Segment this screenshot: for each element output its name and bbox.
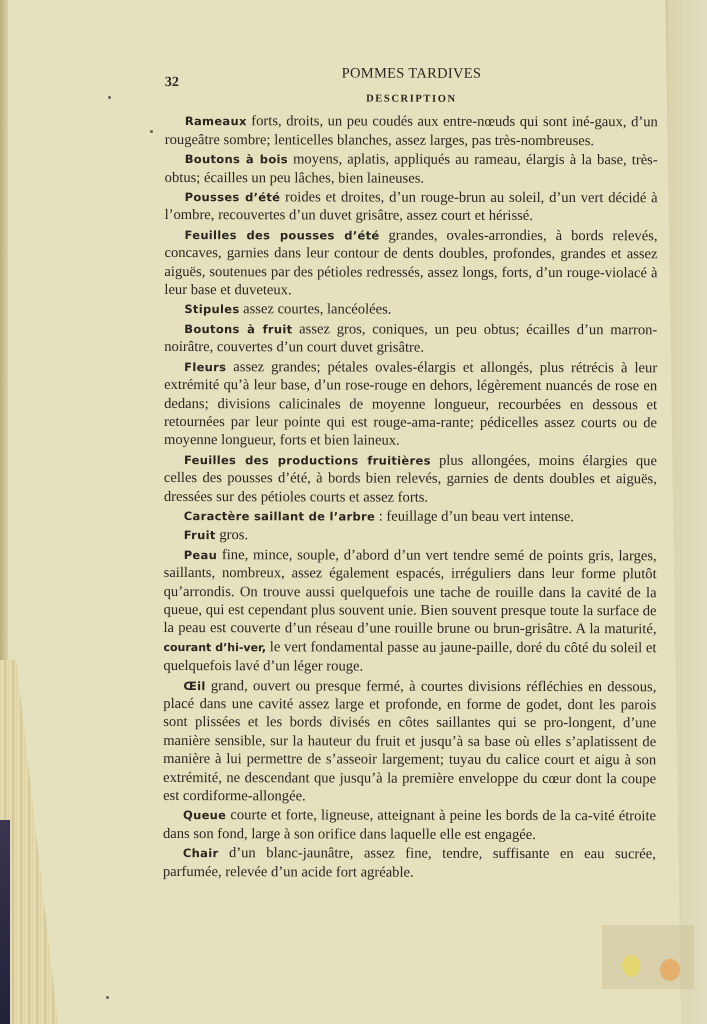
- paragraph-rameaux: Rameaux forts, droits, un peu coudés aux…: [165, 112, 658, 150]
- term: Feuilles des productions fruitières: [184, 453, 431, 468]
- paragraph-feuilles-des-pousses: Feuilles des pousses d’été grandes, oval…: [164, 226, 657, 301]
- paper-speck: [150, 130, 153, 133]
- term: Caractère saillant de l’arbre: [184, 509, 375, 524]
- paper-speck: [108, 96, 111, 99]
- paragraph-peau: Peau fine, mince, souple, d’abord d’un v…: [163, 546, 656, 677]
- book-cover-edge: [0, 820, 10, 1024]
- term: Œil: [183, 679, 205, 693]
- paragraph-pousses-d-ete: Pousses d’été roides et droites, d’un ro…: [165, 188, 658, 226]
- paragraph-fleurs: Fleurs assez grandes; pétales ovales-éla…: [164, 358, 657, 451]
- term: Rameaux: [185, 114, 247, 128]
- term: Pousses d’été: [185, 190, 281, 204]
- term: Queue: [183, 808, 226, 822]
- term: Boutons à bois: [185, 152, 288, 166]
- paragraph-oeil: Œil grand, ouvert ou presque fermé, à co…: [163, 677, 656, 807]
- scanned-book-photo: 32 POMMES TARDIVES DESCRIPTION Rameaux f…: [0, 0, 707, 1024]
- paragraph-feuilles-productions: Feuilles des productions fruitières plus…: [164, 451, 657, 508]
- term: Stipules: [184, 303, 239, 317]
- paper-speck: [106, 996, 109, 999]
- paragraph-chair: Chair d’un blanc-jaunâtre, assez fine, t…: [163, 844, 656, 882]
- term: Fruit: [184, 528, 216, 542]
- paragraph-boutons-a-fruit: Boutons à fruit assez gros, coniques, un…: [164, 320, 657, 358]
- term: Fleurs: [184, 360, 226, 374]
- apple-icon: [660, 959, 680, 981]
- paragraph-queue: Queue courte et forte, ligneuse, atteign…: [163, 806, 656, 844]
- paragraph-stipules: Stipules assez courtes, lancéolées.: [164, 300, 657, 320]
- paragraph-caractere: Caractère saillant de l’arbre : feuillag…: [164, 507, 657, 527]
- term: Feuilles des pousses d’été: [185, 228, 380, 243]
- paragraph-boutons-a-bois: Boutons à bois moyens, aplatis, appliqué…: [165, 150, 658, 188]
- page-header: 32 POMMES TARDIVES: [165, 60, 658, 85]
- term: Peau: [184, 548, 217, 562]
- inline-emphasis: courant d’hi-ver,: [163, 641, 266, 654]
- term: Chair: [183, 846, 219, 860]
- apple-icon: [622, 955, 640, 977]
- paragraph-fruit: Fruit gros.: [164, 526, 657, 546]
- term: Boutons à fruit: [184, 322, 292, 336]
- section-title: DESCRIPTION: [165, 90, 658, 110]
- running-title: POMMES TARDIVES: [165, 64, 658, 84]
- page-text: 32 POMMES TARDIVES DESCRIPTION Rameaux f…: [163, 60, 658, 883]
- faint-fruit-illustration: [602, 925, 694, 989]
